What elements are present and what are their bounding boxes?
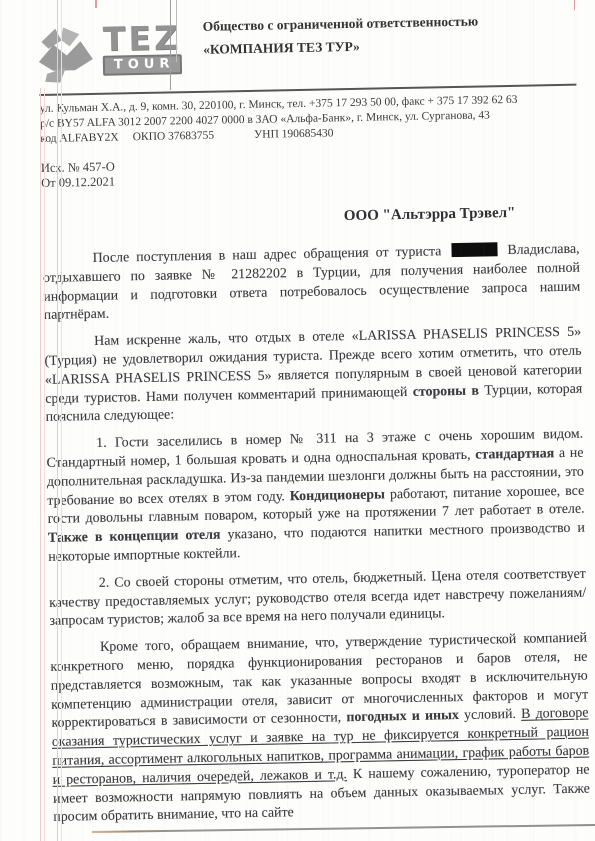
scan-pink-line [44,88,45,841]
address-block: ул. Кульман Х.А., д. 9, комн. 30, 220100… [40,92,578,147]
tez-tour-mountains-icon [38,25,95,84]
paragraph-text: стороны в [413,383,479,399]
tez-tour-logo: TEZ TOUR [38,23,182,84]
scan-red-mark [574,0,575,10]
bank-code: код ALFABY2X [40,131,119,145]
paragraph-text: 2. Со своей стороны отметим, что отель, … [49,566,586,629]
scan-fold-line [57,0,58,841]
scan-pink-line [40,88,41,841]
body-paragraph-2: Нам искренне жаль, что отдых в отеле «LA… [44,324,583,428]
paragraph-text: После поступления в наш адрес обращения … [92,244,448,266]
paragraph-text: условий. [459,707,522,723]
reference-block: Исх. № 457-О От 09.12.2021 [41,151,578,191]
recipient-name: ООО "Альтэрра Трэвел" [344,204,579,226]
paragraph-text: Также в концепции отеля [48,528,221,546]
letter-body: После поступления в наш адрес обращения … [42,241,590,828]
body-paragraph-3: 1. Гости заселились в номер № 311 на 3 э… [46,426,585,568]
scan-mark-line [170,0,171,90]
unp-number: УНП 190685430 [254,127,334,141]
paragraph-text: Кондиционеры [290,487,385,504]
letterhead: TEZ TOUR Общество с ограниченной ответст… [38,8,576,84]
paragraph-text: погодных и иных [346,708,459,725]
org-name: «КОМПАНИЯ ТЕЗ ТУР» [203,36,479,58]
organization-name-block: Общество с ограниченной ответственностью… [203,13,479,58]
body-paragraph-1: После поступления в наш адрес обращения … [42,241,580,326]
scanned-letter: TEZ TOUR Общество с ограниченной ответст… [38,8,590,828]
body-paragraph-4: 2. Со своей стороны отметим, что отель, … [49,565,587,632]
org-type: Общество с ограниченной ответственностью [203,13,479,35]
scan-mark-line [176,0,177,62]
paragraph-text: стандартная [475,446,554,463]
scan-fold-line [61,0,62,841]
redacted-text [451,242,497,257]
okpo-number: ОКПО 37683755 [133,130,215,144]
body-paragraph-5: Кроме того, обращаем внимание, что, утве… [50,630,591,828]
scan-red-mark [95,0,97,8]
